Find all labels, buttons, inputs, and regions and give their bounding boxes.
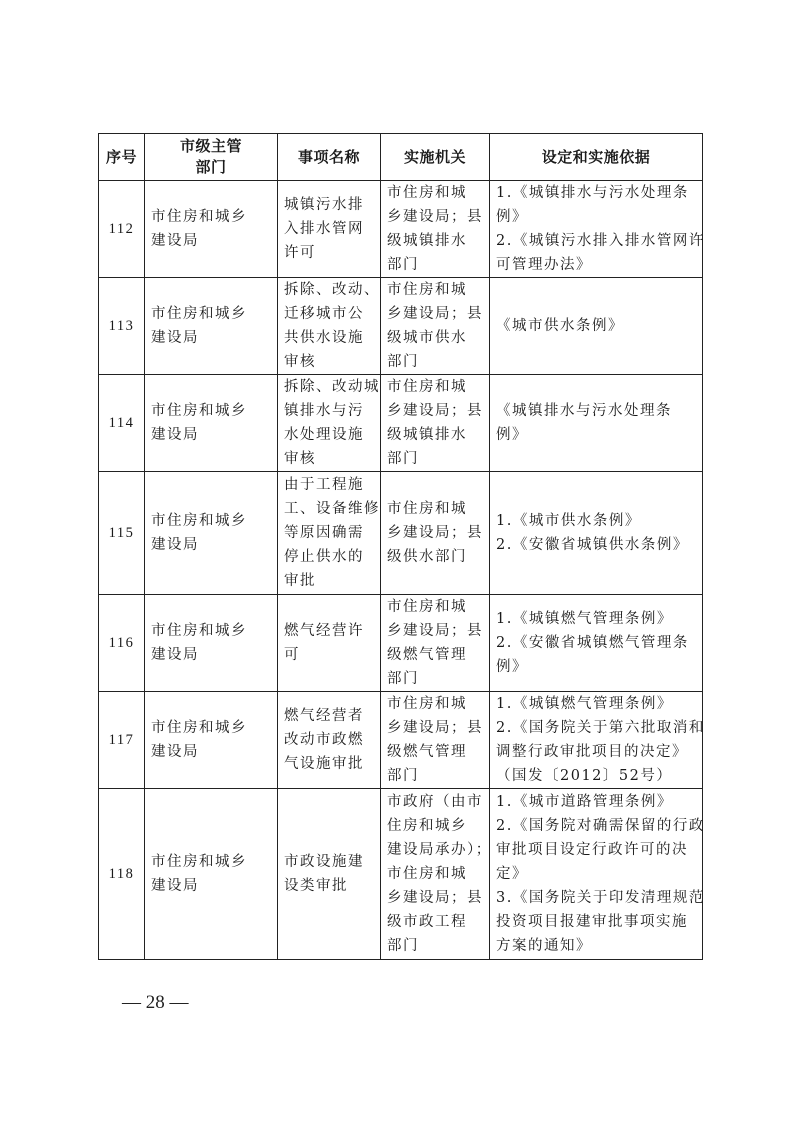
cell-department: 市住房和城乡建设局 <box>145 472 278 595</box>
cell-agency-line: 乡建设局；县 <box>387 302 483 326</box>
cell-item-name: 由于工程施工、设备维修等原因确需停止供水的审批 <box>278 472 381 595</box>
cell-item-name-line: 审批 <box>284 569 374 593</box>
cell-serial-number: 115 <box>99 472 145 595</box>
cell-item-name-line: 迁移城市公 <box>284 302 374 326</box>
cell-department-line: 建设局 <box>151 643 271 667</box>
cell-legal-basis-line: 3.《国务院关于印发清理规范 <box>496 886 696 910</box>
table-body: 112市住房和城乡建设局城镇污水排入排水管网许可市住房和城乡建设局；县级城镇排水… <box>99 181 703 960</box>
cell-department-line: 市住房和城乡 <box>151 619 271 643</box>
cell-agency: 市住房和城乡建设局；县级城市供水部门 <box>381 278 490 375</box>
table-row: 112市住房和城乡建设局城镇污水排入排水管网许可市住房和城乡建设局；县级城镇排水… <box>99 181 703 278</box>
cell-serial-number: 117 <box>99 692 145 789</box>
cell-agency-line: 部门 <box>387 253 483 277</box>
cell-legal-basis: 1.《城镇燃气管理条例》2.《安徽省城镇燃气管理条例》 <box>490 595 703 692</box>
cell-legal-basis-line: 方案的通知》 <box>496 934 696 958</box>
cell-legal-basis-line: 例》 <box>496 655 696 679</box>
cell-department-line: 建设局 <box>151 533 271 557</box>
cell-item-name-line: 拆除、改动、 <box>284 278 374 302</box>
cell-department-line: 市住房和城乡 <box>151 205 271 229</box>
cell-department-line: 建设局 <box>151 874 271 898</box>
cell-item-name-line: 水处理设施 <box>284 423 374 447</box>
cell-agency-line: 级燃气管理 <box>387 643 483 667</box>
cell-item-name: 市政设施建设类审批 <box>278 789 381 960</box>
cell-agency-line: 市住房和城 <box>387 181 483 205</box>
cell-agency-line: 市住房和城 <box>387 595 483 619</box>
cell-agency-line: 市住房和城 <box>387 692 483 716</box>
cell-department: 市住房和城乡建设局 <box>145 789 278 960</box>
cell-agency-line: 乡建设局；县 <box>387 619 483 643</box>
cell-department: 市住房和城乡建设局 <box>145 181 278 278</box>
cell-legal-basis-line: 可管理办法》 <box>496 253 696 277</box>
cell-agency-line: 市政府（由市 <box>387 790 483 814</box>
cell-item-name-line: 燃气经营者 <box>284 704 374 728</box>
cell-item-name-line: 城镇污水排 <box>284 193 374 217</box>
cell-agency: 市住房和城乡建设局；县级燃气管理部门 <box>381 692 490 789</box>
cell-item-name-line: 工、设备维修 <box>284 497 374 521</box>
cell-item-name-line: 共供水设施 <box>284 326 374 350</box>
cell-legal-basis-line: 例》 <box>496 205 696 229</box>
header-item-name: 事项名称 <box>278 134 381 181</box>
cell-item-name: 拆除、改动城镇排水与污水处理设施审核 <box>278 375 381 472</box>
cell-agency: 市住房和城乡建设局；县级供水部门 <box>381 472 490 595</box>
cell-legal-basis: 1.《城市供水条例》2.《安徽省城镇供水条例》 <box>490 472 703 595</box>
cell-agency: 市住房和城乡建设局；县级燃气管理部门 <box>381 595 490 692</box>
cell-legal-basis-line: 1.《城镇燃气管理条例》 <box>496 692 696 716</box>
cell-agency-line: 级城市供水 <box>387 326 483 350</box>
cell-legal-basis-line: 《城市供水条例》 <box>496 314 696 338</box>
cell-agency-line: 乡建设局；县 <box>387 886 483 910</box>
cell-item-name-line: 可 <box>284 643 374 667</box>
cell-department-line: 市住房和城乡 <box>151 509 271 533</box>
cell-department-line: 建设局 <box>151 326 271 350</box>
cell-item-name-line: 审核 <box>284 447 374 471</box>
cell-legal-basis-line: 调整行政审批项目的决定》 <box>496 740 696 764</box>
cell-department-line: 建设局 <box>151 423 271 447</box>
header-agency: 实施机关 <box>381 134 490 181</box>
cell-legal-basis-line: 2.《国务院关于第六批取消和 <box>496 716 696 740</box>
cell-agency-line: 部门 <box>387 447 483 471</box>
approval-items-table: 序号 市级主管 部门 事项名称 实施机关 设定和实施依据 112市住房和城乡建设… <box>98 133 703 960</box>
cell-legal-basis-line: 2.《安徽省城镇燃气管理条 <box>496 631 696 655</box>
cell-item-name-line: 许可 <box>284 241 374 265</box>
cell-serial-number: 114 <box>99 375 145 472</box>
cell-legal-basis-line: 2.《城镇污水排入排水管网许 <box>496 229 696 253</box>
cell-agency-line: 级供水部门 <box>387 545 483 569</box>
cell-agency-line: 乡建设局；县 <box>387 716 483 740</box>
cell-agency-line: 部门 <box>387 934 483 958</box>
cell-agency-line: 部门 <box>387 350 483 374</box>
cell-department-line: 市住房和城乡 <box>151 302 271 326</box>
cell-agency-line: 乡建设局；县 <box>387 521 483 545</box>
header-department: 市级主管 部门 <box>145 134 278 181</box>
cell-department-line: 建设局 <box>151 229 271 253</box>
cell-legal-basis-line: 2.《安徽省城镇供水条例》 <box>496 533 696 557</box>
header-serial-number: 序号 <box>99 134 145 181</box>
cell-item-name-line: 入排水管网 <box>284 217 374 241</box>
cell-serial-number: 112 <box>99 181 145 278</box>
cell-item-name-line: 燃气经营许 <box>284 619 374 643</box>
cell-department-line: 市住房和城乡 <box>151 716 271 740</box>
cell-item-name-line: 市政设施建 <box>284 850 374 874</box>
cell-legal-basis-line: 审批项目设定行政许可的决 <box>496 838 696 862</box>
table-row: 115市住房和城乡建设局由于工程施工、设备维修等原因确需停止供水的审批市住房和城… <box>99 472 703 595</box>
cell-legal-basis: 《城市供水条例》 <box>490 278 703 375</box>
cell-serial-number: 116 <box>99 595 145 692</box>
table-header-row: 序号 市级主管 部门 事项名称 实施机关 设定和实施依据 <box>99 134 703 181</box>
cell-legal-basis-line: 1.《城市供水条例》 <box>496 509 696 533</box>
table-row: 116市住房和城乡建设局燃气经营许可市住房和城乡建设局；县级燃气管理部门1.《城… <box>99 595 703 692</box>
cell-agency: 市政府（由市住房和城乡建设局承办）；市住房和城乡建设局；县级市政工程部门 <box>381 789 490 960</box>
cell-legal-basis-line: （国发〔2012〕52号） <box>496 764 696 788</box>
header-legal-basis: 设定和实施依据 <box>490 134 703 181</box>
cell-legal-basis-line: 2.《国务院对确需保留的行政 <box>496 814 696 838</box>
table-row: 114市住房和城乡建设局拆除、改动城镇排水与污水处理设施审核市住房和城乡建设局；… <box>99 375 703 472</box>
cell-agency-line: 乡建设局；县 <box>387 399 483 423</box>
cell-agency: 市住房和城乡建设局；县级城镇排水部门 <box>381 375 490 472</box>
cell-legal-basis-line: 1.《城镇燃气管理条例》 <box>496 607 696 631</box>
cell-agency-line: 级市政工程 <box>387 910 483 934</box>
cell-agency-line: 部门 <box>387 667 483 691</box>
cell-department: 市住房和城乡建设局 <box>145 375 278 472</box>
cell-legal-basis-line: 投资项目报建审批事项实施 <box>496 910 696 934</box>
cell-legal-basis: 1.《城镇燃气管理条例》2.《国务院关于第六批取消和调整行政审批项目的决定》（国… <box>490 692 703 789</box>
cell-department: 市住房和城乡建设局 <box>145 595 278 692</box>
cell-legal-basis: 1.《城市道路管理条例》2.《国务院对确需保留的行政审批项目设定行政许可的决定》… <box>490 789 703 960</box>
cell-agency-line: 市住房和城 <box>387 278 483 302</box>
cell-serial-number: 118 <box>99 789 145 960</box>
cell-item-name-line: 由于工程施 <box>284 473 374 497</box>
cell-legal-basis-line: 例》 <box>496 423 696 447</box>
cell-legal-basis: 《城镇排水与污水处理条例》 <box>490 375 703 472</box>
cell-legal-basis-line: 《城镇排水与污水处理条 <box>496 399 696 423</box>
cell-department-line: 市住房和城乡 <box>151 850 271 874</box>
cell-agency-line: 级燃气管理 <box>387 740 483 764</box>
cell-item-name-line: 等原因确需 <box>284 521 374 545</box>
table-row: 118市住房和城乡建设局市政设施建设类审批市政府（由市住房和城乡建设局承办）；市… <box>99 789 703 960</box>
cell-item-name-line: 镇排水与污 <box>284 399 374 423</box>
cell-agency-line: 住房和城乡 <box>387 814 483 838</box>
page-number: — 28 — <box>122 992 189 1014</box>
cell-agency-line: 建设局承办）； <box>387 838 483 862</box>
cell-agency-line: 市住房和城 <box>387 497 483 521</box>
header-department-line: 部门 <box>151 157 271 178</box>
cell-agency-line: 级城镇排水 <box>387 229 483 253</box>
cell-legal-basis-line: 1.《城镇排水与污水处理条 <box>496 181 696 205</box>
cell-department: 市住房和城乡建设局 <box>145 692 278 789</box>
table-row: 113市住房和城乡建设局拆除、改动、迁移城市公共供水设施审核市住房和城乡建设局；… <box>99 278 703 375</box>
cell-item-name-line: 停止供水的 <box>284 545 374 569</box>
cell-agency-line: 市住房和城 <box>387 862 483 886</box>
cell-item-name-line: 改动市政燃 <box>284 728 374 752</box>
cell-item-name: 燃气经营许可 <box>278 595 381 692</box>
cell-item-name-line: 气设施审批 <box>284 752 374 776</box>
cell-legal-basis-line: 1.《城市道路管理条例》 <box>496 790 696 814</box>
cell-item-name: 城镇污水排入排水管网许可 <box>278 181 381 278</box>
cell-item-name: 燃气经营者改动市政燃气设施审批 <box>278 692 381 789</box>
cell-agency: 市住房和城乡建设局；县级城镇排水部门 <box>381 181 490 278</box>
cell-item-name: 拆除、改动、迁移城市公共供水设施审核 <box>278 278 381 375</box>
table-row: 117市住房和城乡建设局燃气经营者改动市政燃气设施审批市住房和城乡建设局；县级燃… <box>99 692 703 789</box>
cell-agency-line: 级城镇排水 <box>387 423 483 447</box>
cell-agency-line: 乡建设局；县 <box>387 205 483 229</box>
cell-department: 市住房和城乡建设局 <box>145 278 278 375</box>
cell-serial-number: 113 <box>99 278 145 375</box>
cell-agency-line: 市住房和城 <box>387 375 483 399</box>
header-department-line: 市级主管 <box>151 136 271 157</box>
cell-legal-basis: 1.《城镇排水与污水处理条例》2.《城镇污水排入排水管网许可管理办法》 <box>490 181 703 278</box>
cell-item-name-line: 审核 <box>284 350 374 374</box>
cell-agency-line: 部门 <box>387 764 483 788</box>
cell-item-name-line: 设类审批 <box>284 874 374 898</box>
cell-legal-basis-line: 定》 <box>496 862 696 886</box>
cell-department-line: 建设局 <box>151 740 271 764</box>
cell-department-line: 市住房和城乡 <box>151 399 271 423</box>
cell-item-name-line: 拆除、改动城 <box>284 375 374 399</box>
